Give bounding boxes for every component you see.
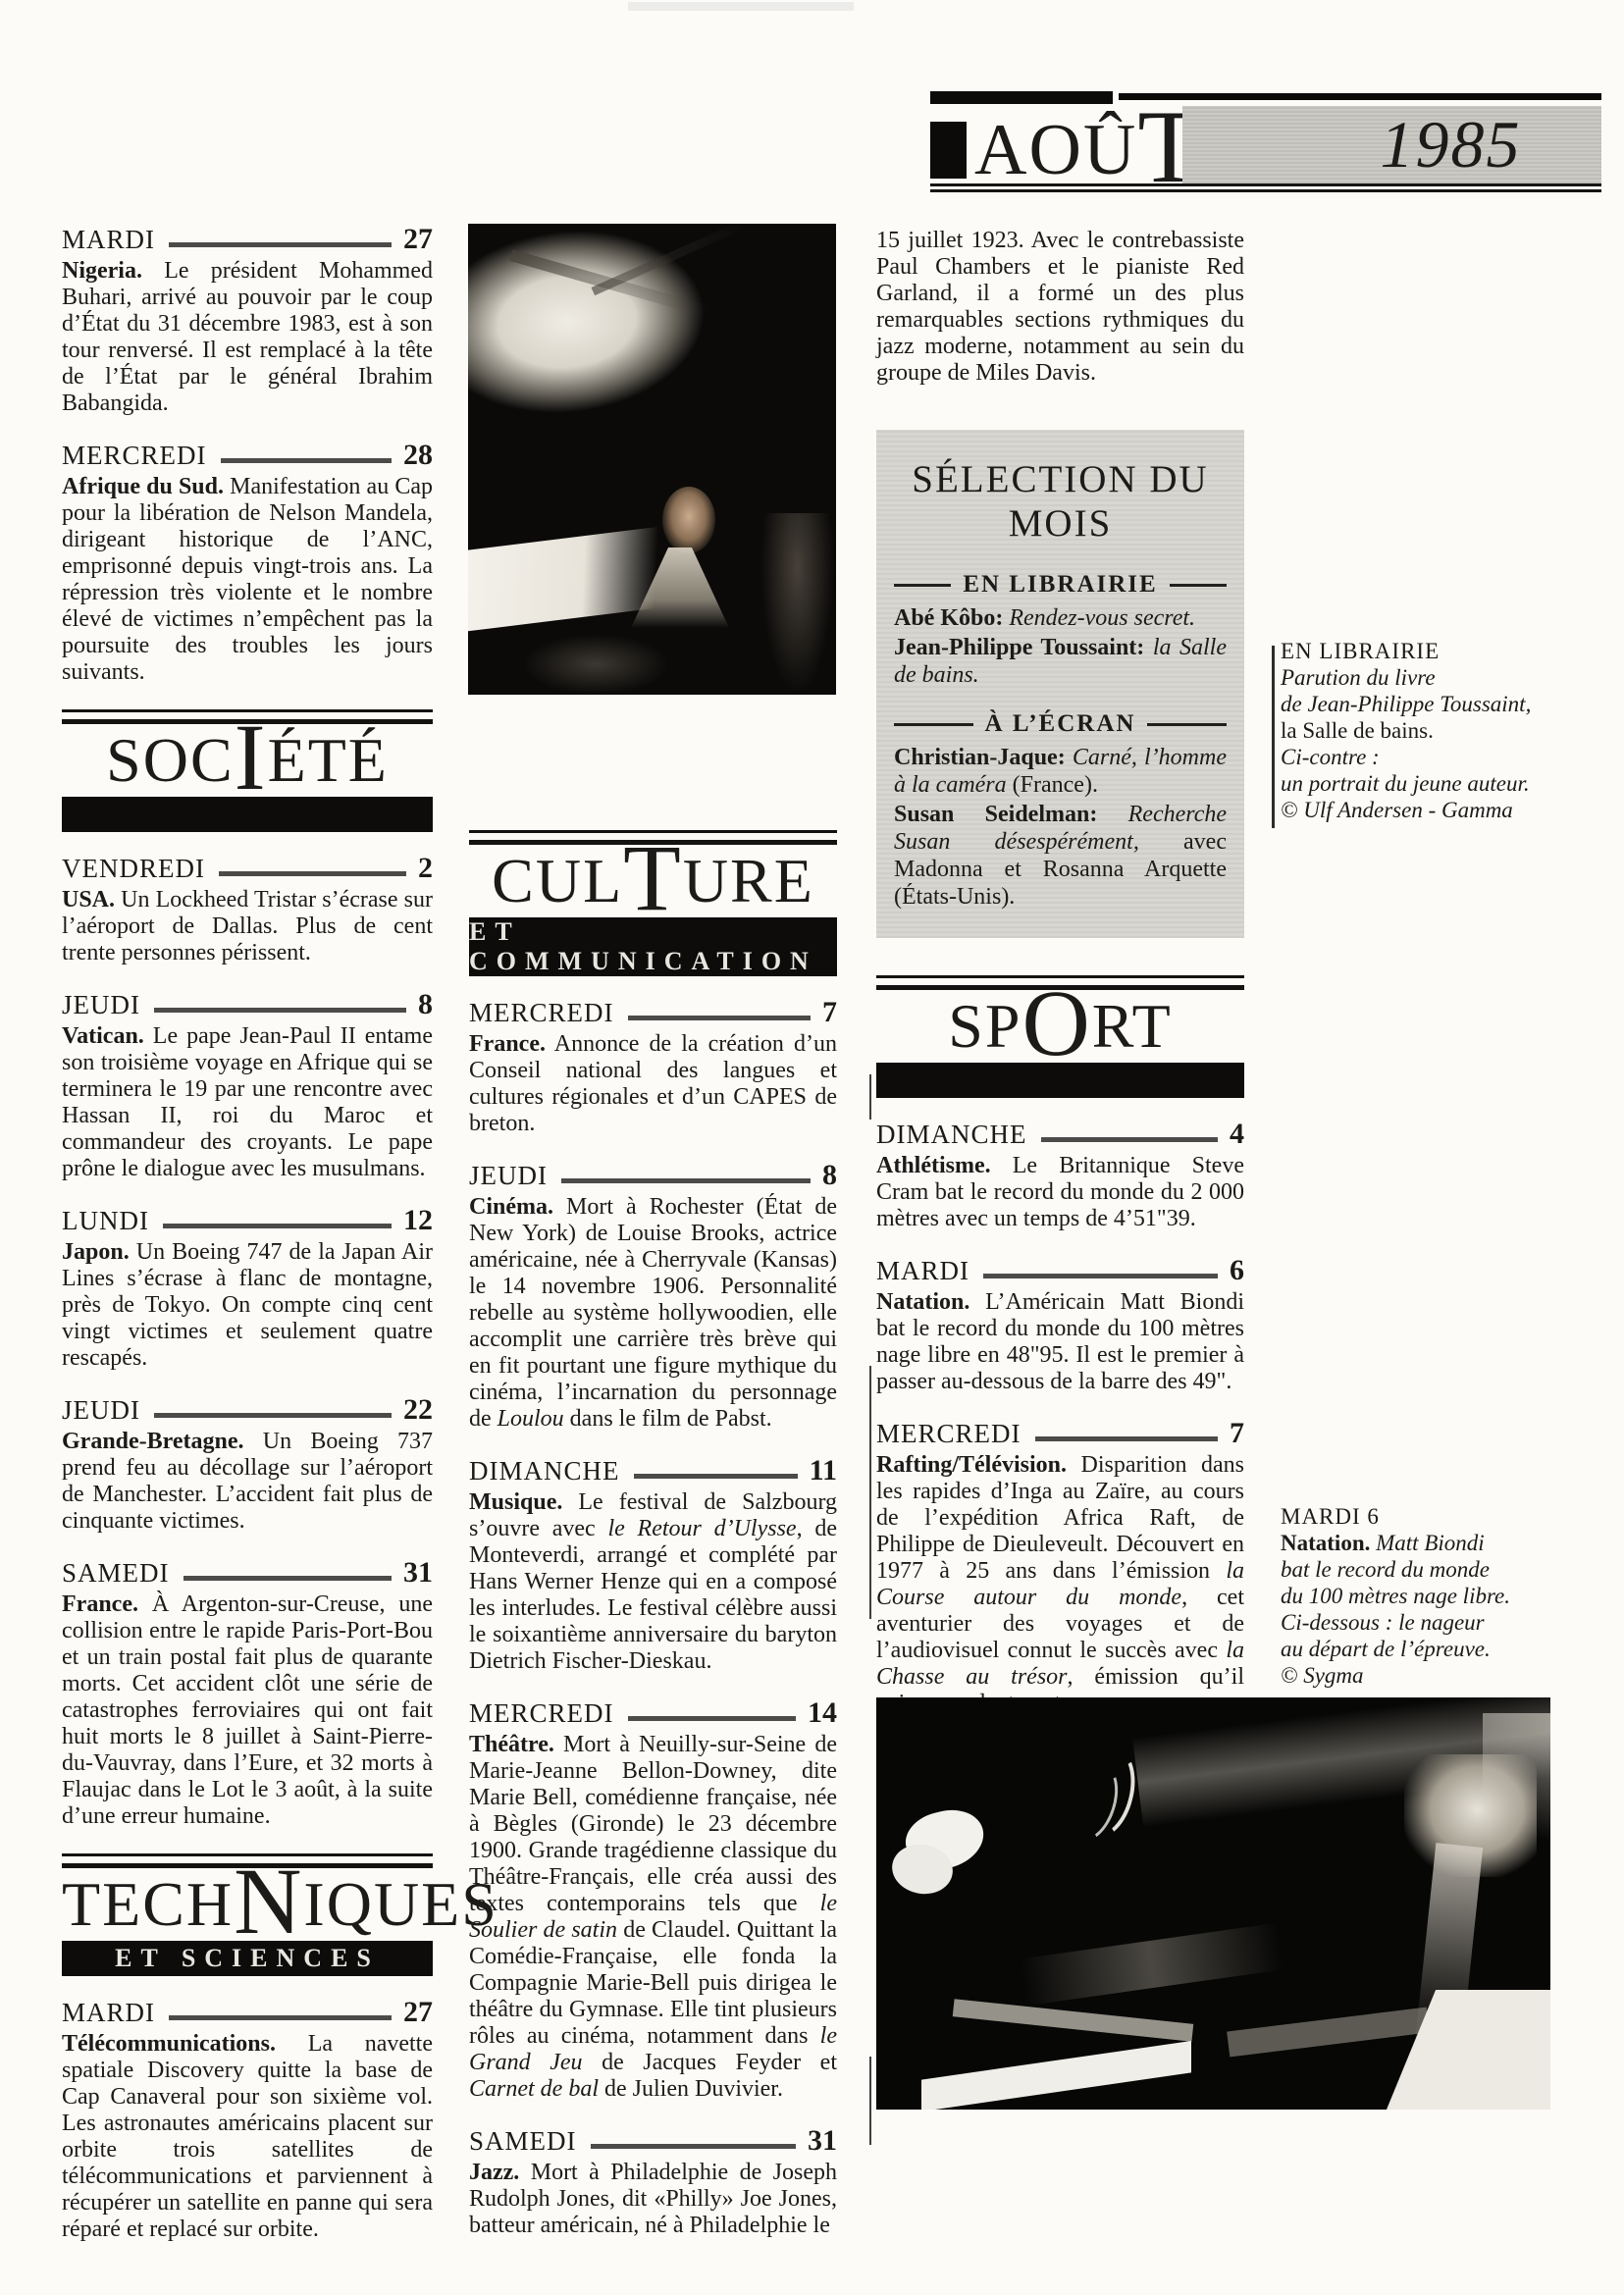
entry-date-number: 31 — [808, 2126, 837, 2156]
divider — [561, 1178, 811, 1183]
entry-day: MARDI — [62, 225, 155, 254]
entry-dayline: SAMEDI 31 — [469, 2126, 837, 2156]
jazz-continuation-text: 15 juillet 1923. Avec le contrebassiste … — [876, 228, 1244, 387]
chronicle-entry: JEUDI 8 Vatican. Le pape Jean-Paul II en… — [62, 990, 433, 1182]
entry-dayline: MARDI 27 — [62, 1998, 433, 2027]
column-divider — [1272, 646, 1275, 828]
entry-text: Cinéma. Mort à Rochester (État de New Yo… — [469, 1194, 837, 1433]
section-header-culture: CULTURE ET COMMUNICATION — [469, 830, 837, 976]
photo-spacer — [469, 224, 837, 695]
entry-dayline: DIMANCHE 11 — [469, 1456, 837, 1486]
entry-date-number: 31 — [403, 1558, 433, 1588]
column-middle: CULTURE ET COMMUNICATION MERCREDI 7 Fran… — [469, 224, 837, 2263]
entry-day: MARDI — [876, 1256, 969, 1285]
entry-dayline: MARDI 6 — [876, 1256, 1244, 1285]
entry-date-number: 6 — [1230, 1256, 1244, 1285]
entry-dayline: MERCREDI 14 — [469, 1698, 837, 1728]
chronicle-entry: MARDI 27 Nigeria. Le président Mohammed … — [62, 225, 433, 417]
photo-highlight — [1020, 1923, 1283, 2006]
divider — [930, 183, 1601, 186]
entry-dayline: MARDI 27 — [62, 225, 433, 254]
selection-subhead-label: EN LIBRAIRIE — [963, 571, 1157, 599]
section-title: TECHNIQUES — [62, 1870, 433, 1939]
divider — [154, 1008, 406, 1013]
entry-day: JEUDI — [62, 1395, 140, 1425]
entry-text: Télécommunications. La navette spatiale … — [62, 2031, 433, 2243]
column-divider — [869, 1074, 871, 1120]
divider — [1170, 584, 1227, 587]
entry-day: DIMANCHE — [876, 1120, 1027, 1149]
section-title: CULTURE — [469, 847, 837, 915]
selection-subhead-label: À L’ÉCRAN — [985, 710, 1136, 738]
divider — [169, 242, 392, 247]
black-square-icon — [930, 122, 967, 179]
selection-title: SÉLECTION DU MOIS — [894, 457, 1227, 546]
caption-lines: Parution du livrede Jean-Philippe Toussa… — [1281, 664, 1560, 823]
divider — [1147, 723, 1227, 726]
chronicle-entry: DIMANCHE 11 Musique. Le festival de Salz… — [469, 1456, 837, 1675]
entry-date-number: 27 — [403, 225, 433, 254]
selection-item: Jean-Philippe Toussaint: la Salle de bai… — [894, 634, 1227, 689]
entry-day: MERCREDI — [469, 1698, 614, 1728]
entry-dayline: JEUDI 8 — [469, 1161, 837, 1190]
scan-artifact — [628, 2, 854, 11]
divider — [1035, 1436, 1218, 1441]
entry-date-number: 8 — [822, 1161, 837, 1190]
photo-highlight — [1483, 1713, 1550, 1875]
divider — [219, 871, 406, 876]
entry-day: LUNDI — [62, 1206, 149, 1235]
entry-text: Nigeria. Le président Mohammed Buhari, a… — [62, 258, 433, 417]
chronicle-entry: MERCREDI 14 Théâtre. Mort à Neuilly-sur-… — [469, 1698, 837, 2103]
entry-text: Théâtre. Mort à Neuilly-sur-Seine de Mar… — [469, 1732, 837, 2103]
entry-date-number: 14 — [808, 1698, 837, 1728]
entry-text: Rafting/Télévision. Disparition dans les… — [876, 1452, 1244, 1717]
section-bar-label: ET SCIENCES — [115, 1944, 380, 1973]
entry-text: Athlétisme. Le Britannique Steve Cram ba… — [876, 1153, 1244, 1232]
section-big-letter: I — [235, 704, 268, 809]
section-header-societe: SOCIÉTÉ — [62, 709, 433, 832]
chronicle-entry: DIMANCHE 4 Athlétisme. Le Britannique St… — [876, 1120, 1244, 1232]
section-header-sport: SPORT — [876, 975, 1244, 1098]
entry-dayline: VENDREDI 2 — [62, 854, 433, 883]
entry-day: JEUDI — [469, 1161, 548, 1190]
entry-text: France. À Argenton-sur-Creuse, une colli… — [62, 1591, 433, 1830]
divider — [163, 1224, 392, 1228]
photo-starting-block — [921, 2041, 1191, 2110]
column-divider — [869, 1366, 871, 1619]
section-bar-label: ET COMMUNICATION — [469, 917, 837, 976]
month-title: AOÛ T — [930, 96, 1202, 186]
divider — [930, 189, 1601, 192]
entry-day: SAMEDI — [469, 2126, 577, 2156]
entry-date-number: 2 — [418, 854, 433, 883]
entry-date-number: 4 — [1230, 1120, 1244, 1149]
section-title: SPORT — [876, 992, 1244, 1061]
entry-dayline: MERCREDI 7 — [469, 998, 837, 1027]
section-bar: ET SCIENCES — [62, 1941, 433, 1976]
entry-day: SAMEDI — [62, 1558, 170, 1588]
entry-text: Vatican. Le pape Jean-Paul II entame son… — [62, 1023, 433, 1182]
entry-text: Natation. L’Américain Matt Biondi bat le… — [876, 1289, 1244, 1395]
photo-starting-block — [1387, 1990, 1550, 2110]
caption-heading: EN LIBRAIRIE — [1281, 638, 1560, 664]
divider — [634, 1474, 798, 1479]
section-title: SOCIÉTÉ — [62, 726, 433, 795]
selection-item: Susan Seidelman: Recherche Susan désespé… — [894, 801, 1227, 911]
almanac-page: AOÛ T 1985 MARDI 27 Nigeria. Le présiden… — [0, 0, 1624, 2295]
entry-day: VENDREDI — [62, 854, 205, 883]
entry-date-number: 12 — [403, 1206, 433, 1235]
entry-text: France. Annonce de la création d’un Cons… — [469, 1031, 837, 1137]
divider — [1041, 1137, 1219, 1142]
entry-dayline: MERCREDI 28 — [62, 441, 433, 470]
caption-heading: MARDI 6 — [1281, 1503, 1560, 1530]
entry-date-number: 8 — [418, 990, 433, 1019]
entry-dayline: LUNDI 12 — [62, 1206, 433, 1235]
chronicle-entry: MARDI 6 Natation. L’Américain Matt Biond… — [876, 1256, 1244, 1395]
selection-subhead-ecran: À L’ÉCRAN — [894, 710, 1227, 738]
chronicle-entry: MARDI 27 Télécommunications. La navette … — [62, 1998, 433, 2243]
entry-text: USA. Un Lockheed Tristar s’écrase sur l’… — [62, 887, 433, 966]
divider — [221, 458, 392, 463]
section-big-letter: T — [623, 825, 683, 930]
entry-dayline: DIMANCHE 4 — [876, 1120, 1244, 1149]
divider — [154, 1413, 392, 1418]
caption-librairie: EN LIBRAIRIE Parution du livrede Jean-Ph… — [1281, 638, 1560, 823]
selection-item: Christian-Jaque: Carné, l’homme à la cam… — [894, 744, 1227, 799]
selection-item: Abé Kôbo: Rendez-vous secret. — [894, 604, 1227, 632]
column-right: 15 juillet 1923. Avec le contrebassiste … — [876, 214, 1244, 1904]
year-text: 1985 — [1263, 106, 1522, 183]
section-bar: ET COMMUNICATION — [469, 917, 837, 976]
section-big-letter: N — [234, 1849, 303, 1954]
entry-date-number: 28 — [403, 441, 433, 470]
divider — [591, 2144, 796, 2149]
entry-text: Jazz. Mort à Philadelphie de Joseph Rudo… — [469, 2160, 837, 2239]
divider — [983, 1274, 1218, 1278]
chronicle-entry: MERCREDI 28 Afrique du Sud. Manifestatio… — [62, 441, 433, 686]
divider — [894, 584, 951, 587]
entry-dayline: MERCREDI 7 — [876, 1419, 1244, 1448]
entry-dayline: JEUDI 22 — [62, 1395, 433, 1425]
chronicle-entry: MERCREDI 7 France. Annonce de la créatio… — [469, 998, 837, 1137]
month-text: AOÛ — [974, 114, 1137, 186]
divider — [894, 723, 973, 726]
entry-text: Afrique du Sud. Manifestation au Cap pou… — [62, 474, 433, 686]
section-header-techniques: TECHNIQUES ET SCIENCES — [62, 1853, 433, 1976]
entry-day: DIMANCHE — [469, 1456, 620, 1486]
entry-day: MARDI — [62, 1998, 155, 2027]
column-divider — [869, 2057, 871, 2145]
caption-lines: Natation. Matt Biondibat le record du mo… — [1281, 1530, 1560, 1689]
chronicle-entry: VENDREDI 2 USA. Un Lockheed Tristar s’éc… — [62, 854, 433, 966]
column-left: MARDI 27 Nigeria. Le président Mohammed … — [62, 211, 433, 2267]
entry-date-number: 27 — [403, 1998, 433, 2027]
photo-highlight — [953, 1999, 1194, 2042]
entry-text: Musique. Le festival de Salzbourg s’ouvr… — [469, 1489, 837, 1675]
year-panel: 1985 — [1182, 106, 1601, 183]
entry-day: MERCREDI — [469, 998, 614, 1027]
chronicle-entry: MERCREDI 7 Rafting/Télévision. Dispariti… — [876, 1419, 1244, 1717]
divider — [183, 1576, 392, 1581]
selection-du-mois-box: SÉLECTION DU MOIS EN LIBRAIRIE Abé Kôbo:… — [876, 430, 1244, 938]
chronicle-entry: SAMEDI 31 Jazz. Mort à Philadelphie de J… — [469, 2126, 837, 2239]
chronicle-entry: SAMEDI 31 France. À Argenton-sur-Creuse,… — [62, 1558, 433, 1830]
selection-subhead-librairie: EN LIBRAIRIE — [894, 571, 1227, 599]
entry-dayline: JEUDI 8 — [62, 990, 433, 1019]
entry-text: Grande-Bretagne. Un Boeing 737 prend feu… — [62, 1429, 433, 1535]
chronicle-entry: JEUDI 8 Cinéma. Mort à Rochester (État d… — [469, 1161, 837, 1433]
chronicle-entry: JEUDI 22 Grande-Bretagne. Un Boeing 737 … — [62, 1395, 433, 1535]
entry-date-number: 7 — [1230, 1419, 1244, 1448]
entry-date-number: 11 — [810, 1456, 837, 1486]
divider — [169, 2015, 392, 2020]
entry-date-number: 22 — [403, 1395, 433, 1425]
divider — [628, 1016, 811, 1020]
entry-day: MERCREDI — [62, 441, 207, 470]
entry-day: JEUDI — [62, 990, 140, 1019]
entry-day: MERCREDI — [876, 1419, 1022, 1448]
photo-highlight — [1227, 2008, 1430, 2058]
entry-text: Japon. Un Boeing 747 de la Japan Air Lin… — [62, 1239, 433, 1372]
divider — [628, 1716, 796, 1721]
swimmer-photo — [876, 1697, 1550, 2110]
entry-dayline: SAMEDI 31 — [62, 1558, 433, 1588]
section-big-letter: O — [1022, 970, 1091, 1075]
chronicle-entry: LUNDI 12 Japon. Un Boeing 747 de la Japa… — [62, 1206, 433, 1372]
entry-date-number: 7 — [822, 998, 837, 1027]
caption-natation: MARDI 6 Natation. Matt Biondibat le reco… — [1281, 1503, 1560, 1689]
